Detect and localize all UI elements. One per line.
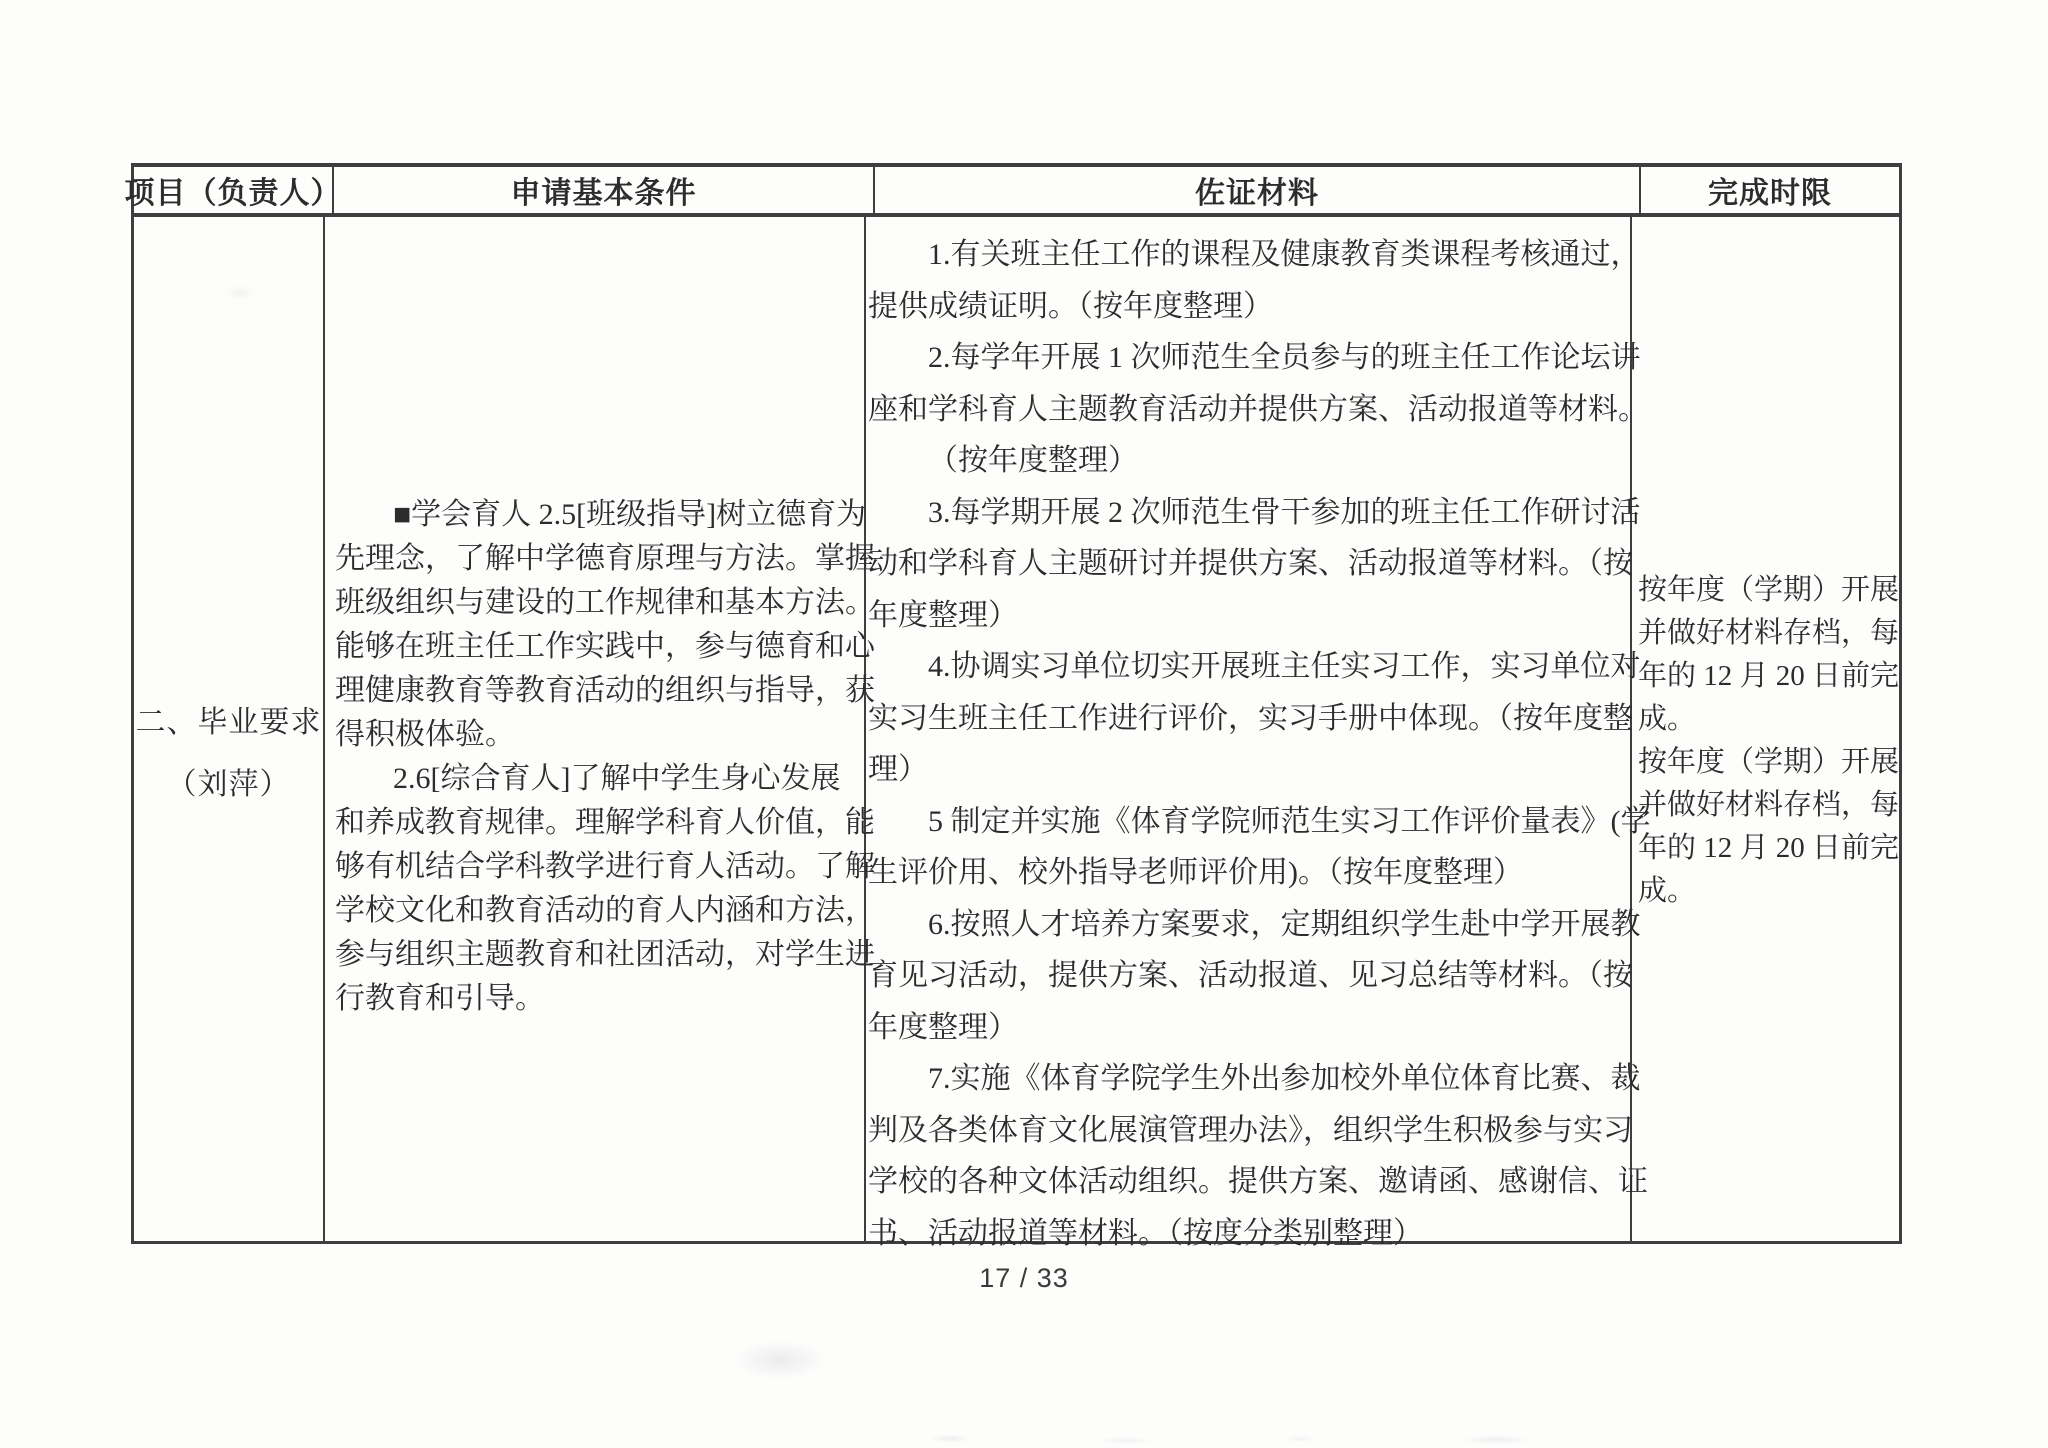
condition-line: 理健康教育等教育活动的组织与指导，获	[335, 669, 860, 713]
material-line: 提供成绩证明。（按年度整理）	[868, 281, 1628, 333]
table-body-row: 二、毕业要求（刘萍） ■学会育人 2.5[班级指导]树立德育为先理念，了解中学德…	[134, 217, 1899, 1241]
material-line: 理）	[868, 744, 1628, 796]
materials-cell: 1.有关班主任工作的课程及健康教育类课程考核通过，提供成绩证明。（按年度整理）2…	[866, 217, 1632, 1241]
material-line: 3.每学期开展 2 次师范生骨干参加的班主任工作研讨活	[868, 487, 1628, 539]
condition-line: 能够在班主任工作实践中，参与德育和心	[335, 625, 860, 669]
material-line: 座和学科育人主题教育活动并提供方案、活动报道等材料。	[868, 384, 1628, 436]
deadline-line: 成。	[1638, 698, 1899, 741]
condition-line: ■学会育人 2.5[班级指导]树立德育为	[335, 493, 860, 537]
condition-line: 行教育和引导。	[335, 977, 860, 1021]
deadline-line: 并做好材料存档，每	[1638, 612, 1899, 655]
project-line: 二、毕业要求	[135, 692, 321, 754]
deadline-line: 年的 12 月 20 日前完	[1638, 827, 1899, 870]
material-line: 生评价用、校外指导老师评价用)。（按年度整理）	[868, 847, 1628, 899]
material-line: 实习生班主任工作进行评价，实习手册中体现。（按年度整	[868, 693, 1628, 745]
material-line: 学校的各种文体活动组织。提供方案、邀请函、感谢信、证	[868, 1156, 1628, 1208]
material-line: 书、活动报道等材料。（按度分类别整理）	[868, 1208, 1628, 1260]
material-line: 4.协调实习单位切实开展班主任实习工作，实习单位对	[868, 641, 1628, 693]
material-line: 5 制定并实施《体育学院师范生实习工作评价量表》(学	[868, 796, 1628, 848]
project-line: （刘萍）	[166, 754, 290, 816]
condition-line: 和养成教育规律。理解学科育人价值，能	[335, 801, 860, 845]
condition-line: 班级组织与建设的工作规律和基本方法。	[335, 581, 860, 625]
material-line: （按年度整理）	[868, 435, 1628, 487]
material-line: 判及各类体育文化展演管理办法》，组织学生积极参与实习	[868, 1105, 1628, 1157]
deadline-line: 并做好材料存档，每	[1638, 784, 1899, 827]
material-line: 7.实施《体育学院学生外出参加校外单位体育比赛、裁	[868, 1053, 1628, 1105]
condition-line: 够有机结合学科教学进行育人活动。了解	[335, 845, 860, 889]
condition-line: 得积极体验。	[335, 713, 860, 757]
condition-line: 先理念，了解中学德育原理与方法。掌握	[335, 537, 860, 581]
header-project: 项目（负责人）	[134, 167, 334, 213]
header-materials: 佐证材料	[875, 167, 1641, 213]
project-cell: 二、毕业要求（刘萍）	[134, 217, 325, 1241]
material-line: 1.有关班主任工作的课程及健康教育类课程考核通过，	[868, 229, 1628, 281]
deadline-line: 按年度（学期）开展	[1638, 569, 1899, 612]
header-deadline: 完成时限	[1641, 167, 1899, 213]
scan-artifact	[735, 1340, 825, 1380]
material-line: 2.每学年开展 1 次师范生全员参与的班主任工作论坛讲	[868, 332, 1628, 384]
requirements-table: 项目（负责人） 申请基本条件 佐证材料 完成时限 二、毕业要求（刘萍） ■学会育…	[131, 163, 1902, 1244]
condition-line: 参与组织主题教育和社团活动，对学生进	[335, 933, 860, 977]
page-number: 17 / 33	[0, 1263, 2048, 1294]
scan-artifact	[880, 1428, 1580, 1446]
deadline-line: 按年度（学期）开展	[1638, 741, 1899, 784]
scanned-document-page: 项目（负责人） 申请基本条件 佐证材料 完成时限 二、毕业要求（刘萍） ■学会育…	[0, 0, 2048, 1448]
material-line: 动和学科育人主题研讨并提供方案、活动报道等材料。（按	[868, 538, 1628, 590]
condition-line: 学校文化和教育活动的育人内涵和方法，	[335, 889, 860, 933]
deadline-line: 成。	[1638, 870, 1899, 913]
material-line: 育见习活动，提供方案、活动报道、见习总结等材料。（按	[868, 950, 1628, 1002]
condition-line: 2.6[综合育人]了解中学生身心发展	[335, 757, 860, 801]
table-header-row: 项目（负责人） 申请基本条件 佐证材料 完成时限	[134, 167, 1899, 217]
deadline-cell: 按年度（学期）开展并做好材料存档，每年的 12 月 20 日前完成。按年度（学期…	[1632, 217, 1899, 1241]
material-line: 6.按照人才培养方案要求，定期组织学生赴中学开展教	[868, 899, 1628, 951]
deadline-line: 年的 12 月 20 日前完	[1638, 655, 1899, 698]
conditions-cell: ■学会育人 2.5[班级指导]树立德育为先理念，了解中学德育原理与方法。掌握班级…	[325, 217, 866, 1241]
material-line: 年度整理）	[868, 1002, 1628, 1054]
header-conditions: 申请基本条件	[334, 167, 875, 213]
material-line: 年度整理）	[868, 590, 1628, 642]
